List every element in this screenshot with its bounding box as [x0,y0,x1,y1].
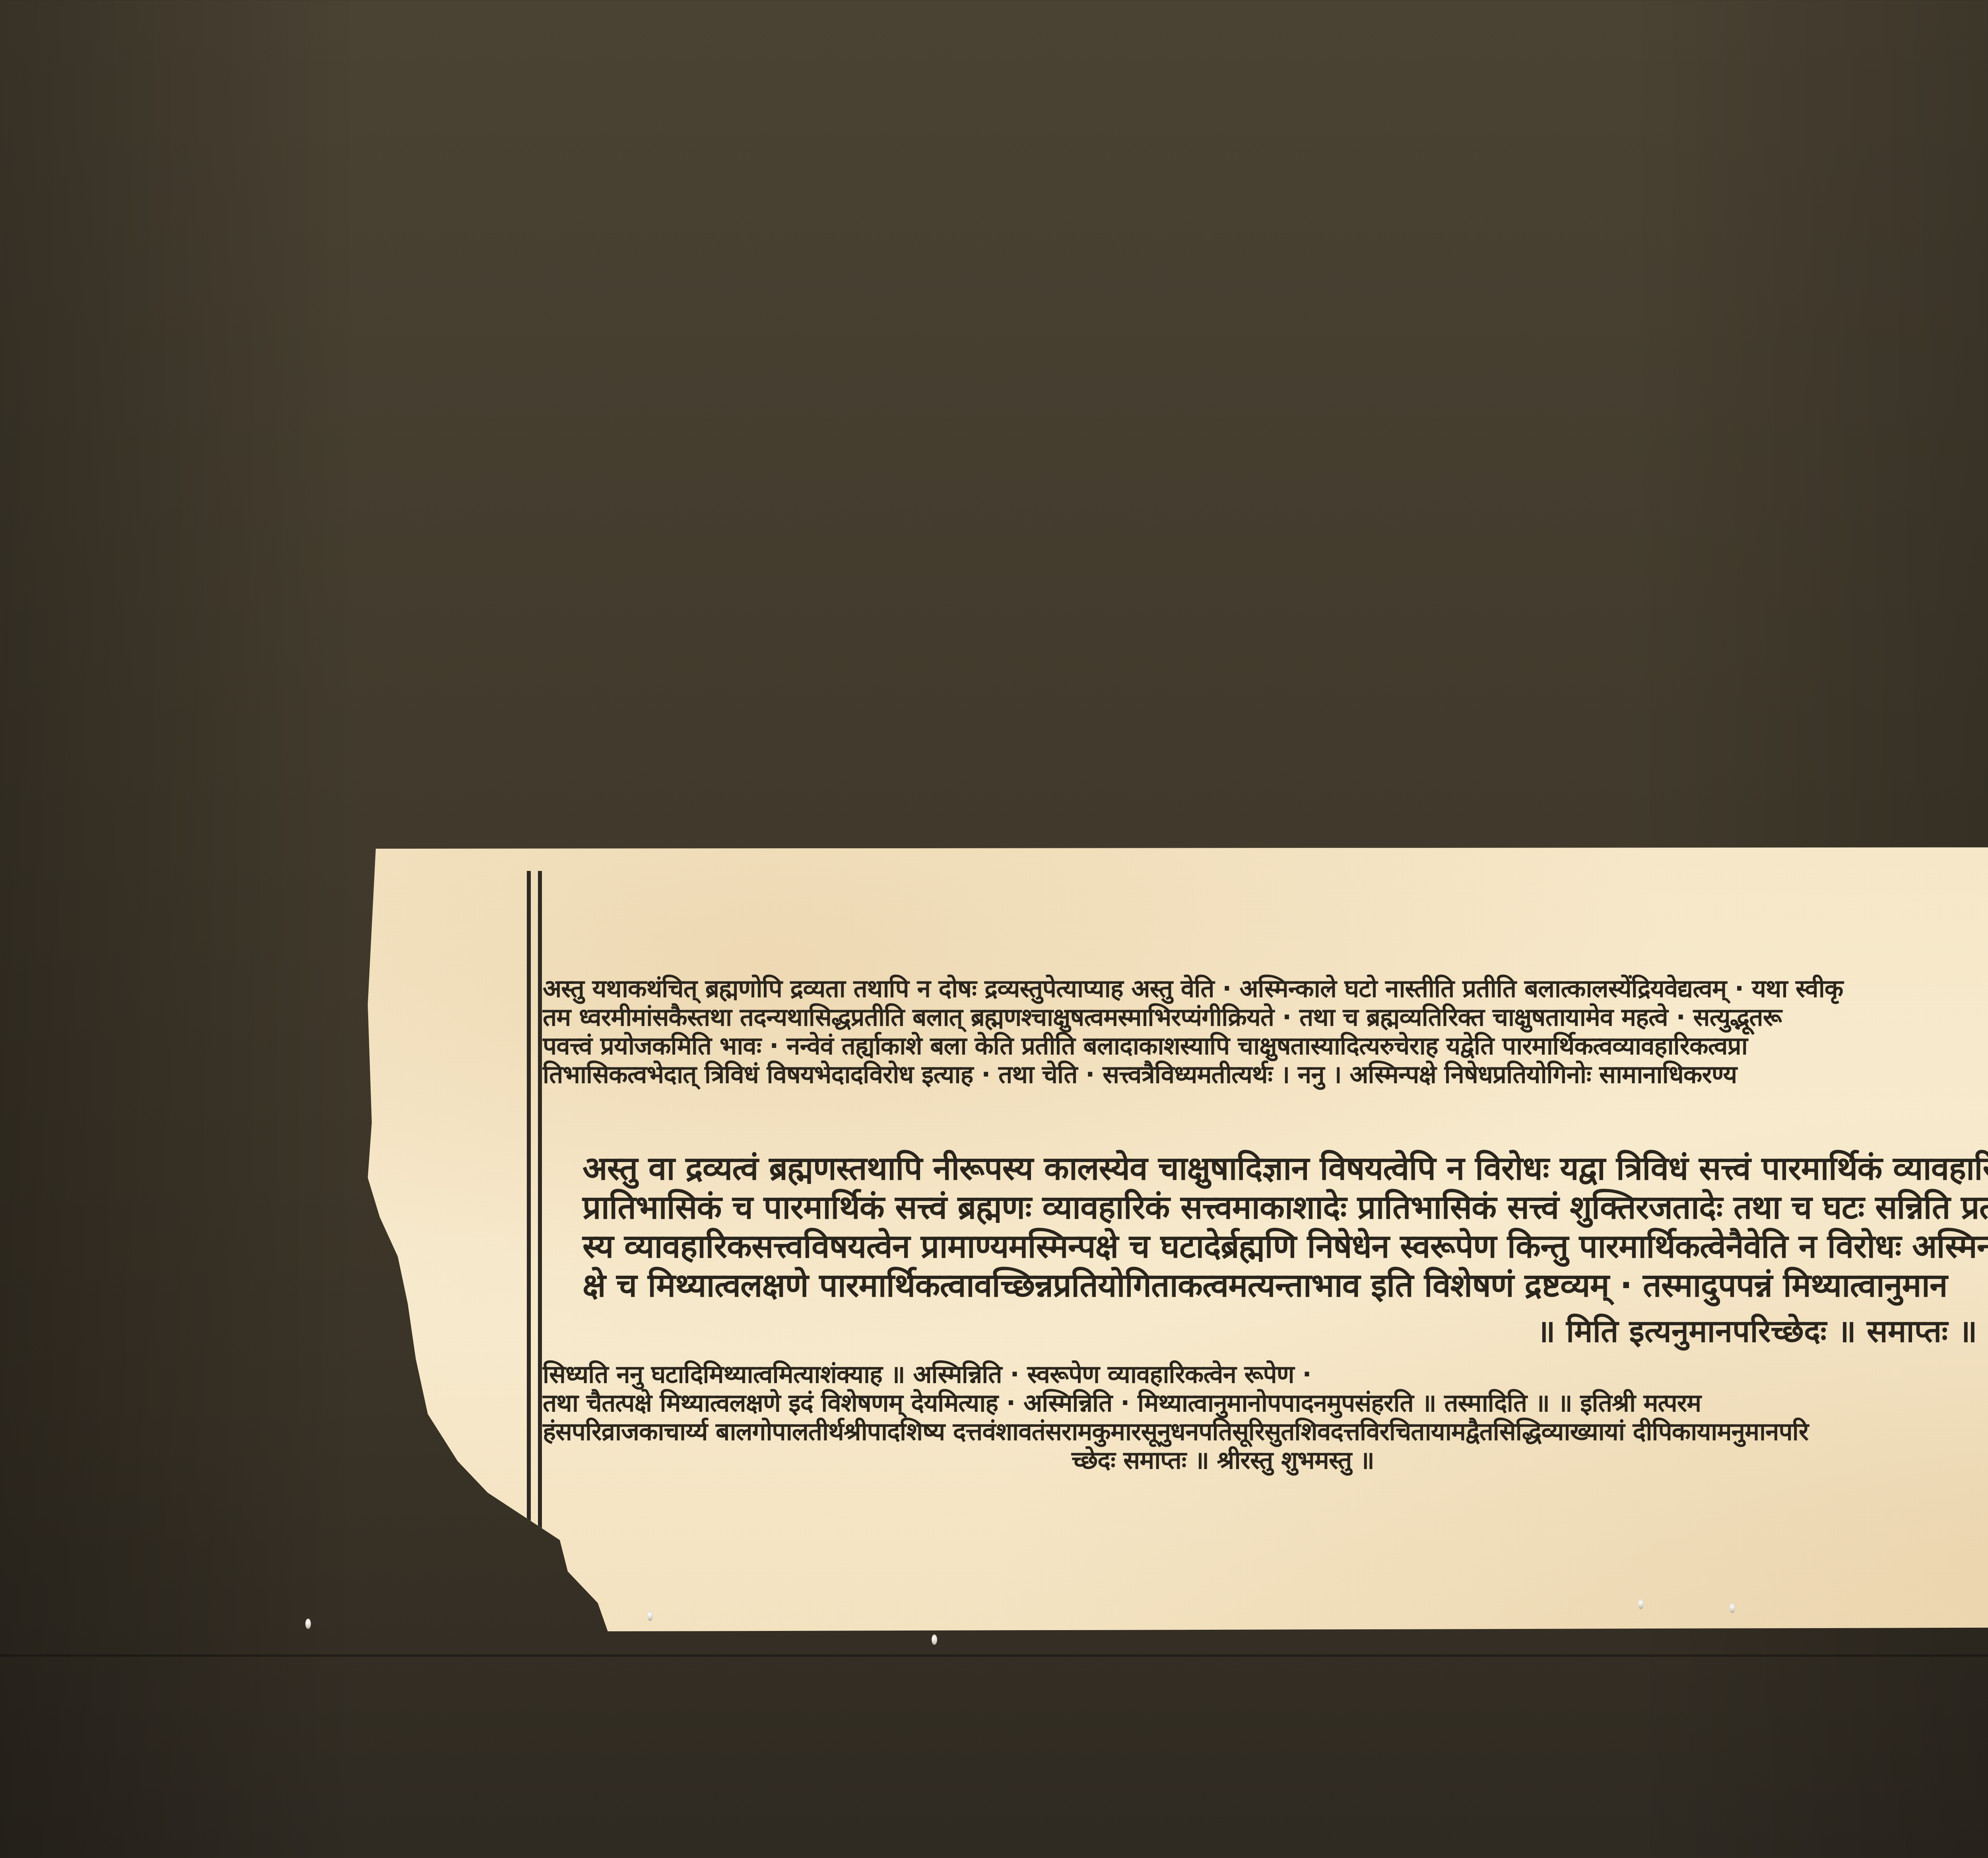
root-text-line: प्रातिभासिकं च पारमार्थिकं सत्त्वं ब्रह्… [582,1188,1988,1227]
left-border-rule-inner [538,871,542,1579]
commentary-top-line: अस्तु यथाकथंचित् ब्रह्मणोपि द्रव्यता तथा… [543,974,1843,1003]
manuscript-page: अस्तु यथाकथंचित् ब्रह्मणोपि द्रव्यता तथा… [368,847,1988,1634]
commentary-bottom-line: हंसपरिव्राजकाचार्य्य बालगोपालतीर्थश्रीपा… [543,1417,1808,1446]
pin-head [647,1611,653,1621]
backdrop-seam [0,1654,1988,1657]
pin-head [1730,1603,1735,1613]
commentary-top-block: अस्तु यथाकथंचित् ब्रह्मणोपि द्रव्यता तथा… [543,974,1843,1089]
commentary-bottom-line: तथा चैतत्पक्षे मिथ्यात्वलक्षणे इदं विशेष… [543,1389,1808,1417]
commentary-bottom-line: सिध्यति ननु घटादिमिथ्यात्वमित्याशंक्याह … [543,1360,1808,1389]
root-text-line: अस्तु वा द्रव्यत्वं ब्रह्मणस्तथापि नीरूप… [582,1149,1988,1188]
commentary-bottom-block: सिध्यति ननु घटादिमिथ्यात्वमित्याशंक्याह … [543,1360,1808,1475]
root-text-colophon: ॥ मिति इत्यनुमानपरिच्छेदः ॥ समाप्तः ॥ ६ … [1537,1312,1988,1351]
pin-head [932,1634,937,1645]
commentary-top-line: पवत्त्वं प्रयोजकमिति भावः · नन्वेवं तर्ह… [543,1032,1843,1060]
commentary-top-line: तिभासिकत्वभेदात् त्रिविधं विषयभेदादविरोध… [543,1060,1843,1089]
root-text-line: स्य व्यावहारिकसत्त्वविषयत्वेन प्रामाण्यम… [582,1227,1988,1266]
pin-head [305,1619,311,1629]
commentary-top-line: तम ध्वरमीमांसकैस्तथा तदन्यथासिद्धप्रतीति… [543,1003,1843,1032]
root-text-block: अस्तु वा द्रव्यत्वं ब्रह्मणस्तथापि नीरूप… [582,1149,1988,1305]
left-border-rule-outer [527,871,531,1579]
pin-head [1638,1599,1644,1609]
root-text-line: क्षे च मिथ्यात्वलक्षणे पारमार्थिकत्वावच्… [582,1266,1988,1305]
commentary-bottom-line: च्छेदः समाप्तः ॥ श्रीरस्तु शुभमस्तु ॥ [543,1446,1808,1475]
